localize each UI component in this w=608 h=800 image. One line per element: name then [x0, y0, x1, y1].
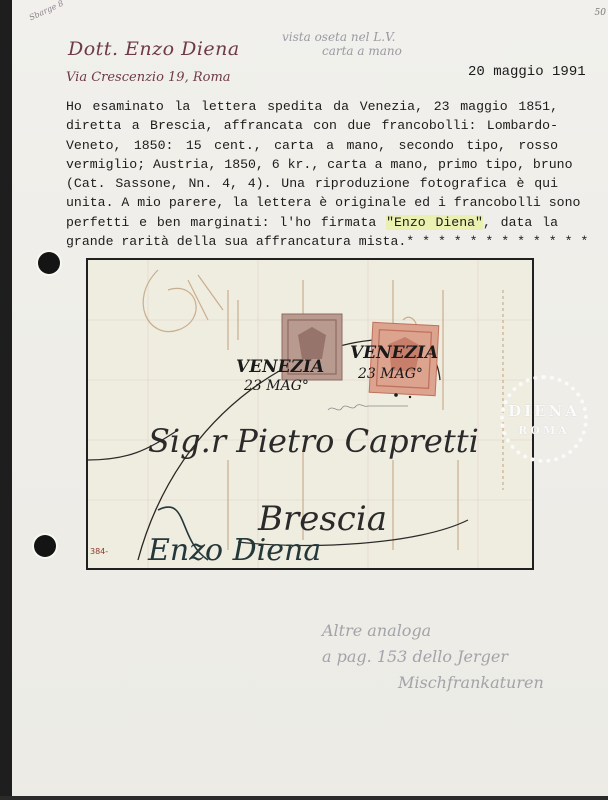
body-line: diretta a Brescia, affrancata con due fr…	[66, 116, 558, 135]
signature-name-highlight: "Enzo Diena"	[386, 215, 483, 230]
body-text-fragment: perfetti e ben marginati: l'ho firmata	[66, 215, 386, 230]
body-line: vermiglio; Austria, 1850, 6 kr., carta a…	[66, 155, 558, 174]
pencil-note-top-line1: vista oseta nel L.V.	[282, 30, 402, 44]
svg-text:384-: 384-	[90, 547, 108, 556]
letterhead-address: Via Crescenzio 19, Roma	[66, 70, 231, 85]
certificate-body: Ho esaminato la lettera spedita da Venez…	[66, 97, 558, 251]
letterhead-name: Dott. Enzo Diena	[68, 38, 240, 60]
svg-text:23 MAG°: 23 MAG°	[243, 378, 309, 394]
svg-text:VENEZIA: VENEZIA	[236, 357, 324, 377]
body-line: perfetti e ben marginati: l'ho firmata "…	[66, 213, 558, 232]
pencil-note-bottom-line2: a pag. 153 dello Jerger	[322, 644, 544, 670]
svg-text:Sig.r Pietro Capretti: Sig.r Pietro Capretti	[148, 422, 479, 460]
pencil-note-bottom: Altre analoga a pag. 153 dello Jerger Mi…	[322, 618, 544, 696]
cover-illustration: VENEZIA 23 MAG° VENEZIA 23 MAG° Sig.r Pi…	[88, 260, 532, 568]
svg-text:Enzo Diena: Enzo Diena	[147, 533, 321, 568]
certificate-date: 20 maggio 1991	[468, 64, 586, 80]
pencil-note-top-line2: carta a mano	[282, 44, 402, 58]
punch-hole-bottom	[34, 535, 56, 557]
punch-hole-top	[38, 252, 60, 274]
body-line: Veneto, 1850: 15 cent., carta a mano, se…	[66, 136, 558, 155]
seal-line2: ROMA	[518, 424, 569, 437]
scan-edge	[0, 796, 608, 800]
body-text-fragment: , data la	[483, 215, 558, 230]
seal-line1: DIENA	[508, 402, 580, 420]
corner-pencil-note: Sbarge 8	[28, 0, 65, 22]
cover-photograph: VENEZIA 23 MAG° VENEZIA 23 MAG° Sig.r Pi…	[86, 258, 534, 570]
pencil-note-bottom-line1: Altre analoga	[322, 618, 544, 644]
pencil-note-bottom-line3: Mischfrankaturen	[322, 670, 544, 696]
embossed-seal: DIENA ROMA	[500, 375, 588, 463]
body-line: grande rarità della sua affrancatura mis…	[66, 232, 558, 251]
page-number: 50	[595, 8, 606, 18]
body-line: (Cat. Sassone, Nn. 4, 4). Una riproduzio…	[66, 174, 558, 193]
body-line: Ho esaminato la lettera spedita da Venez…	[66, 97, 558, 116]
svg-text:23 MAG°: 23 MAG°	[357, 366, 423, 382]
body-line: unita. A mio parere, la lettera è origin…	[66, 193, 558, 212]
pencil-note-top: vista oseta nel L.V. carta a mano	[282, 30, 402, 58]
svg-text:VENEZIA: VENEZIA	[350, 343, 438, 363]
